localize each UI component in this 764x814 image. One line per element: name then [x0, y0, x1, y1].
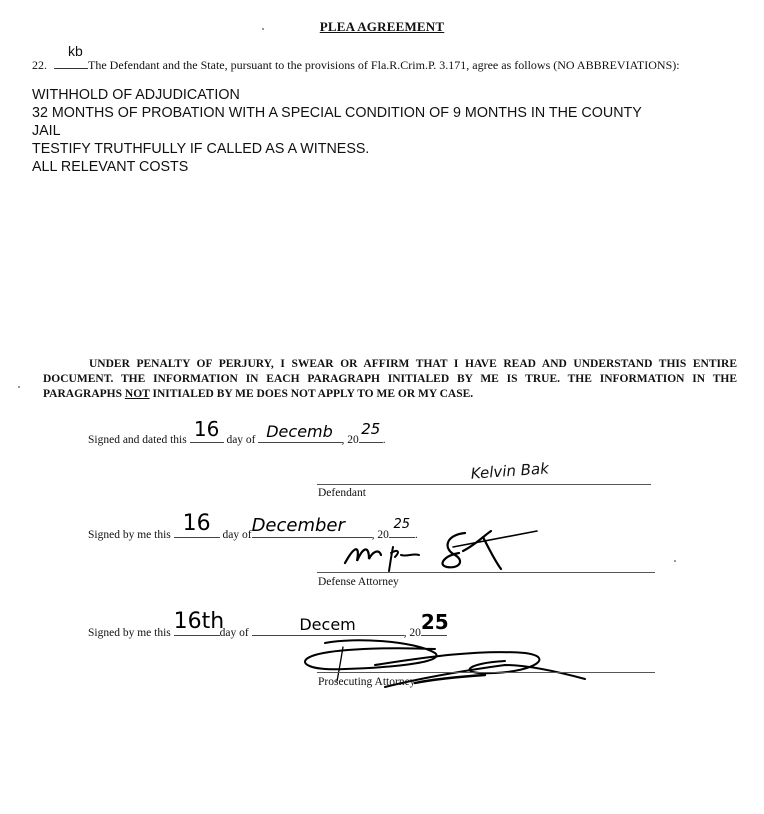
term-line: WITHHOLD OF ADJUDICATION [32, 86, 642, 104]
plea-terms: WITHHOLD OF ADJUDICATION 32 MONTHS OF PR… [32, 86, 642, 176]
day-of-label: day of [226, 434, 255, 446]
scan-speck [18, 386, 20, 388]
day-field[interactable]: 16 [174, 525, 220, 538]
day-handwritten: 16 [174, 511, 220, 536]
paragraph-text: The Defendant and the State, pursuant to… [88, 58, 680, 72]
oath-text-2: INITIALED BY ME DOES NOT APPLY TO ME OR … [150, 388, 474, 400]
year-field[interactable]: 25 [359, 430, 383, 443]
defense-signature-line[interactable] [317, 572, 655, 573]
document-title: PLEA AGREEMENT [0, 19, 764, 35]
scan-speck [262, 28, 264, 30]
oath-emphasis: NOT [125, 388, 150, 400]
year-handwritten: 25 [421, 610, 447, 634]
perjury-oath: UNDER PENALTY OF PERJURY, I SWEAR OR AFF… [43, 357, 737, 402]
month-field[interactable]: Decemb [258, 430, 342, 443]
term-line: JAIL [32, 122, 642, 140]
defendant-label: Defendant [318, 487, 366, 499]
term-line: TESTIFY TRUTHFULLY IF CALLED AS A WITNES… [32, 140, 642, 158]
year-prefix: , 20 [342, 434, 359, 446]
prosecuting-attorney-label: Prosecuting Attorney [318, 676, 415, 688]
date-prefix: Signed by me this [88, 529, 171, 541]
day-field[interactable]: 16th [174, 623, 220, 636]
day-field[interactable]: 16 [190, 430, 224, 443]
term-line: 32 MONTHS OF PROBATION WITH A SPECIAL CO… [32, 104, 642, 122]
day-of-label: day of [223, 529, 252, 541]
defendant-signature: Kelvin Bak [409, 455, 610, 493]
month-handwritten: Decemb [258, 422, 342, 441]
month-handwritten: Decem [252, 615, 404, 634]
initials-blank [54, 57, 88, 69]
day-handwritten: 16 [190, 417, 224, 441]
year-handwritten: 25 [359, 420, 383, 438]
prosecution-signature-line[interactable] [317, 672, 655, 673]
defense-attorney-signature [335, 525, 595, 575]
date-prefix: Signed by me this [88, 627, 171, 639]
day-handwritten: 16th [174, 609, 220, 634]
scan-speck [674, 560, 676, 562]
paragraph-number: 22. [32, 58, 47, 72]
defense-attorney-label: Defense Attorney [318, 576, 399, 588]
paragraph-22: 22. The Defendant and the State, pursuan… [32, 57, 680, 73]
date-prefix: Signed and dated this [88, 434, 187, 446]
defendant-signature-line[interactable] [317, 484, 651, 485]
term-line: ALL RELEVANT COSTS [32, 158, 642, 176]
defendant-date-line: Signed and dated this 16 day ofDecemb, 2… [88, 430, 386, 446]
